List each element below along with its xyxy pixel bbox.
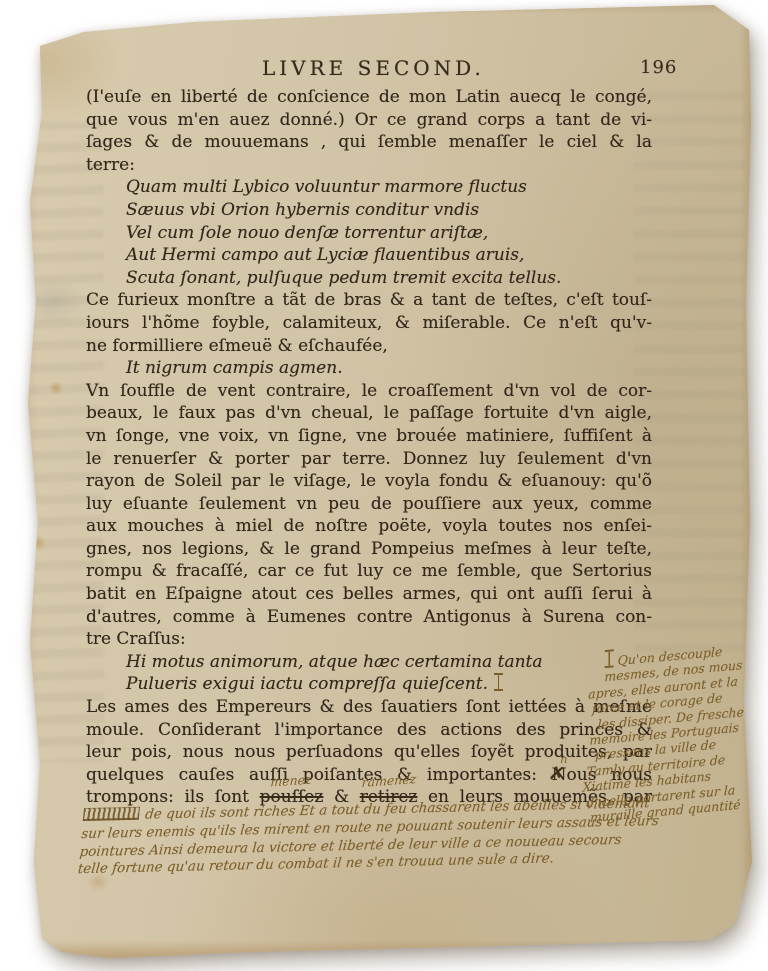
insertion-mark-icon [494,673,503,691]
print-line: Pulueris exigui iactu compreſſa quieſcen… [86,673,652,696]
print-line: gnes, nos legions, & le grand Pompeius m… [86,538,652,561]
print-line: iours l'hõme foyble, calamiteux, & miſer… [86,312,652,335]
print-line: Vel cum ſole nouo denſæ torrentur ariſtæ… [86,222,652,245]
running-header-title: LIVRE SECOND. [262,56,485,80]
bottom-annotation: de ruchesde quoi ils sont riches Et a to… [77,793,752,880]
print-line: vn ſonge, vne voix, vn ſigne, vne brouée… [86,425,652,448]
print-line: tre Craſſus: [86,628,652,651]
printed-text-block: (I'euſe en liberté de conſcience de mon … [86,86,652,809]
print-line: Scuta ſonant, pulſuque pedum tremit exci… [86,267,652,290]
print-line: rayon de Soleil par le viſage, le voyla … [86,470,652,493]
print-line: le renuerſer & porter par terre. Donnez … [86,448,652,471]
print-text: quelques cauſes auſſi poiſantes & import… [86,765,552,785]
print-text: Pulueris exigui iactu compreſſa quieſcen… [126,674,488,694]
photo-background: LIVRE SECOND. 196 (I'euſe en liberté de … [0,0,768,971]
print-line: Vn ſouffle de vent contraire, le croaſſe… [86,380,652,403]
print-line: Ce furieux monſtre a tãt de bras & a tan… [86,289,652,312]
print-line: que vous m'en auez donné.) Or ce grand c… [86,109,652,132]
page-number: 196 [640,57,677,78]
print-line: luy eſuante ſeulement vn peu de pouſſier… [86,493,652,516]
print-line: Sæuus vbi Orion hybernis conditur vndis [86,199,652,222]
print-line: moule. Conſiderant l'importance des acti… [86,719,652,742]
book-page: LIVRE SECOND. 196 (I'euſe en liberté de … [14,2,756,960]
print-line: batit en Eſpaigne atout ces belles armes… [86,583,652,606]
insertion-mark-icon [605,649,614,668]
x-mark-icon: ✗ [547,764,566,785]
page-shadow: LIVRE SECOND. 196 (I'euſe en liberté de … [0,0,768,971]
correction-word: menez [270,774,312,789]
print-line: Quam multi Lybico voluuntur marmore fluc… [86,176,652,199]
print-line: Aut Hermi campo aut Lyciæ flauentibus ar… [86,244,652,267]
print-line: ne formilliere eſmeuë & eſchaufée, [86,335,652,358]
print-line: aux mouches à miel de noſtre poëte, voyl… [86,515,652,538]
print-line: terre: [86,154,652,177]
print-line: ſages & de mouuemans , qui ſemble menaſſ… [86,131,652,154]
page-content: LIVRE SECOND. 196 (I'euſe en liberté de … [14,2,756,960]
print-line: d'autres, comme à Eumenes contre Antigon… [86,606,652,629]
scribbled-out-word [83,807,140,821]
print-line: Hi motus animorum, atque hæc certamina t… [86,651,652,674]
print-line: (I'euſe en liberté de conſcience de mon … [86,86,652,109]
print-line: beaux, le faux pas d'vn cheual, le paſſa… [86,402,652,425]
bottom-note-correction: de ruches [82,807,140,826]
correction-letter: n [560,754,567,764]
print-line: Les ames des Empereurs & des ſauatiers ſ… [86,696,652,719]
print-line: It nigrum campis agmen. [86,357,652,380]
print-line: rompu & fracaſſé, car ce fut luy ce me ſ… [86,560,652,583]
running-header-row: LIVRE SECOND. 196 [86,56,652,82]
letter-correction: N✗n [552,764,567,787]
